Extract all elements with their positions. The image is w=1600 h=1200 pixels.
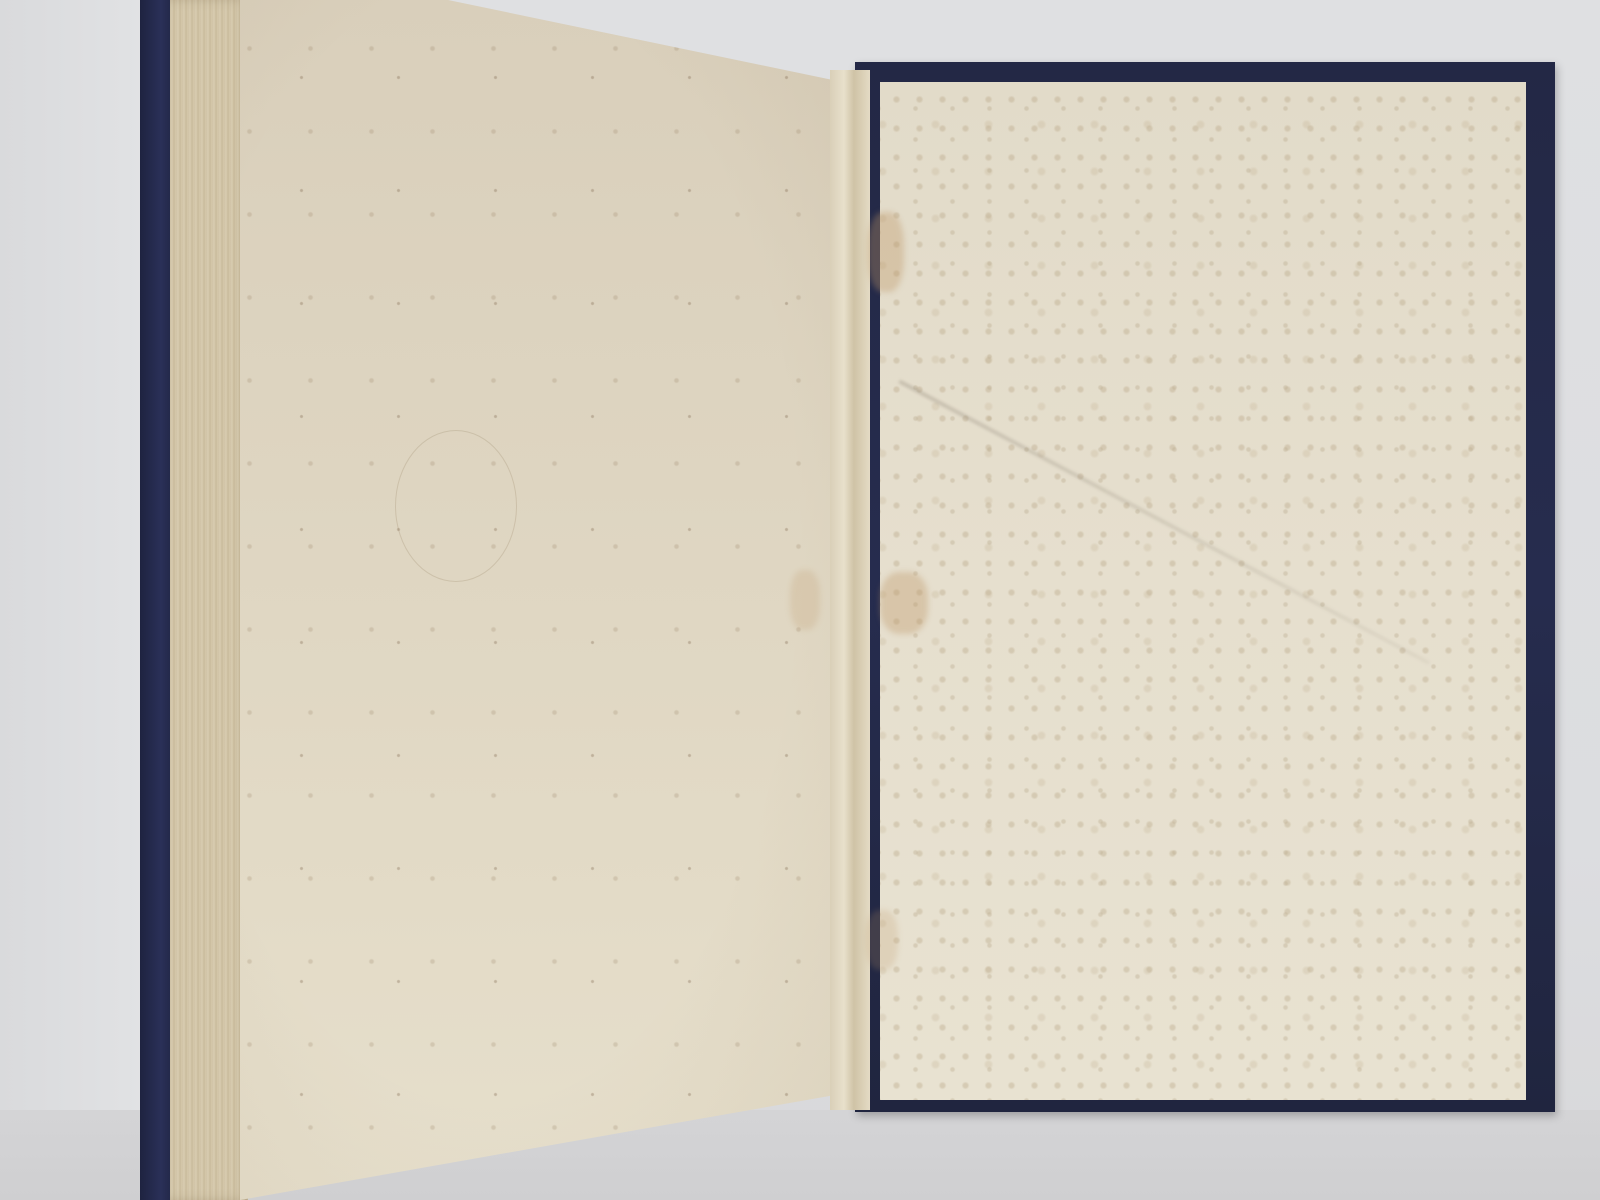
circular-mark	[395, 430, 517, 582]
wall-background	[0, 0, 160, 1200]
book-gutter	[830, 70, 870, 1110]
tape-stain-1	[868, 212, 904, 292]
tape-stain-4	[790, 570, 820, 630]
photo-scene	[0, 0, 1600, 1200]
page-edges	[170, 0, 248, 1200]
tape-stain-3	[866, 910, 898, 970]
left-page-foxing	[240, 0, 852, 1200]
right-page-foxing	[880, 82, 1526, 1100]
tape-stain-2	[880, 572, 928, 634]
